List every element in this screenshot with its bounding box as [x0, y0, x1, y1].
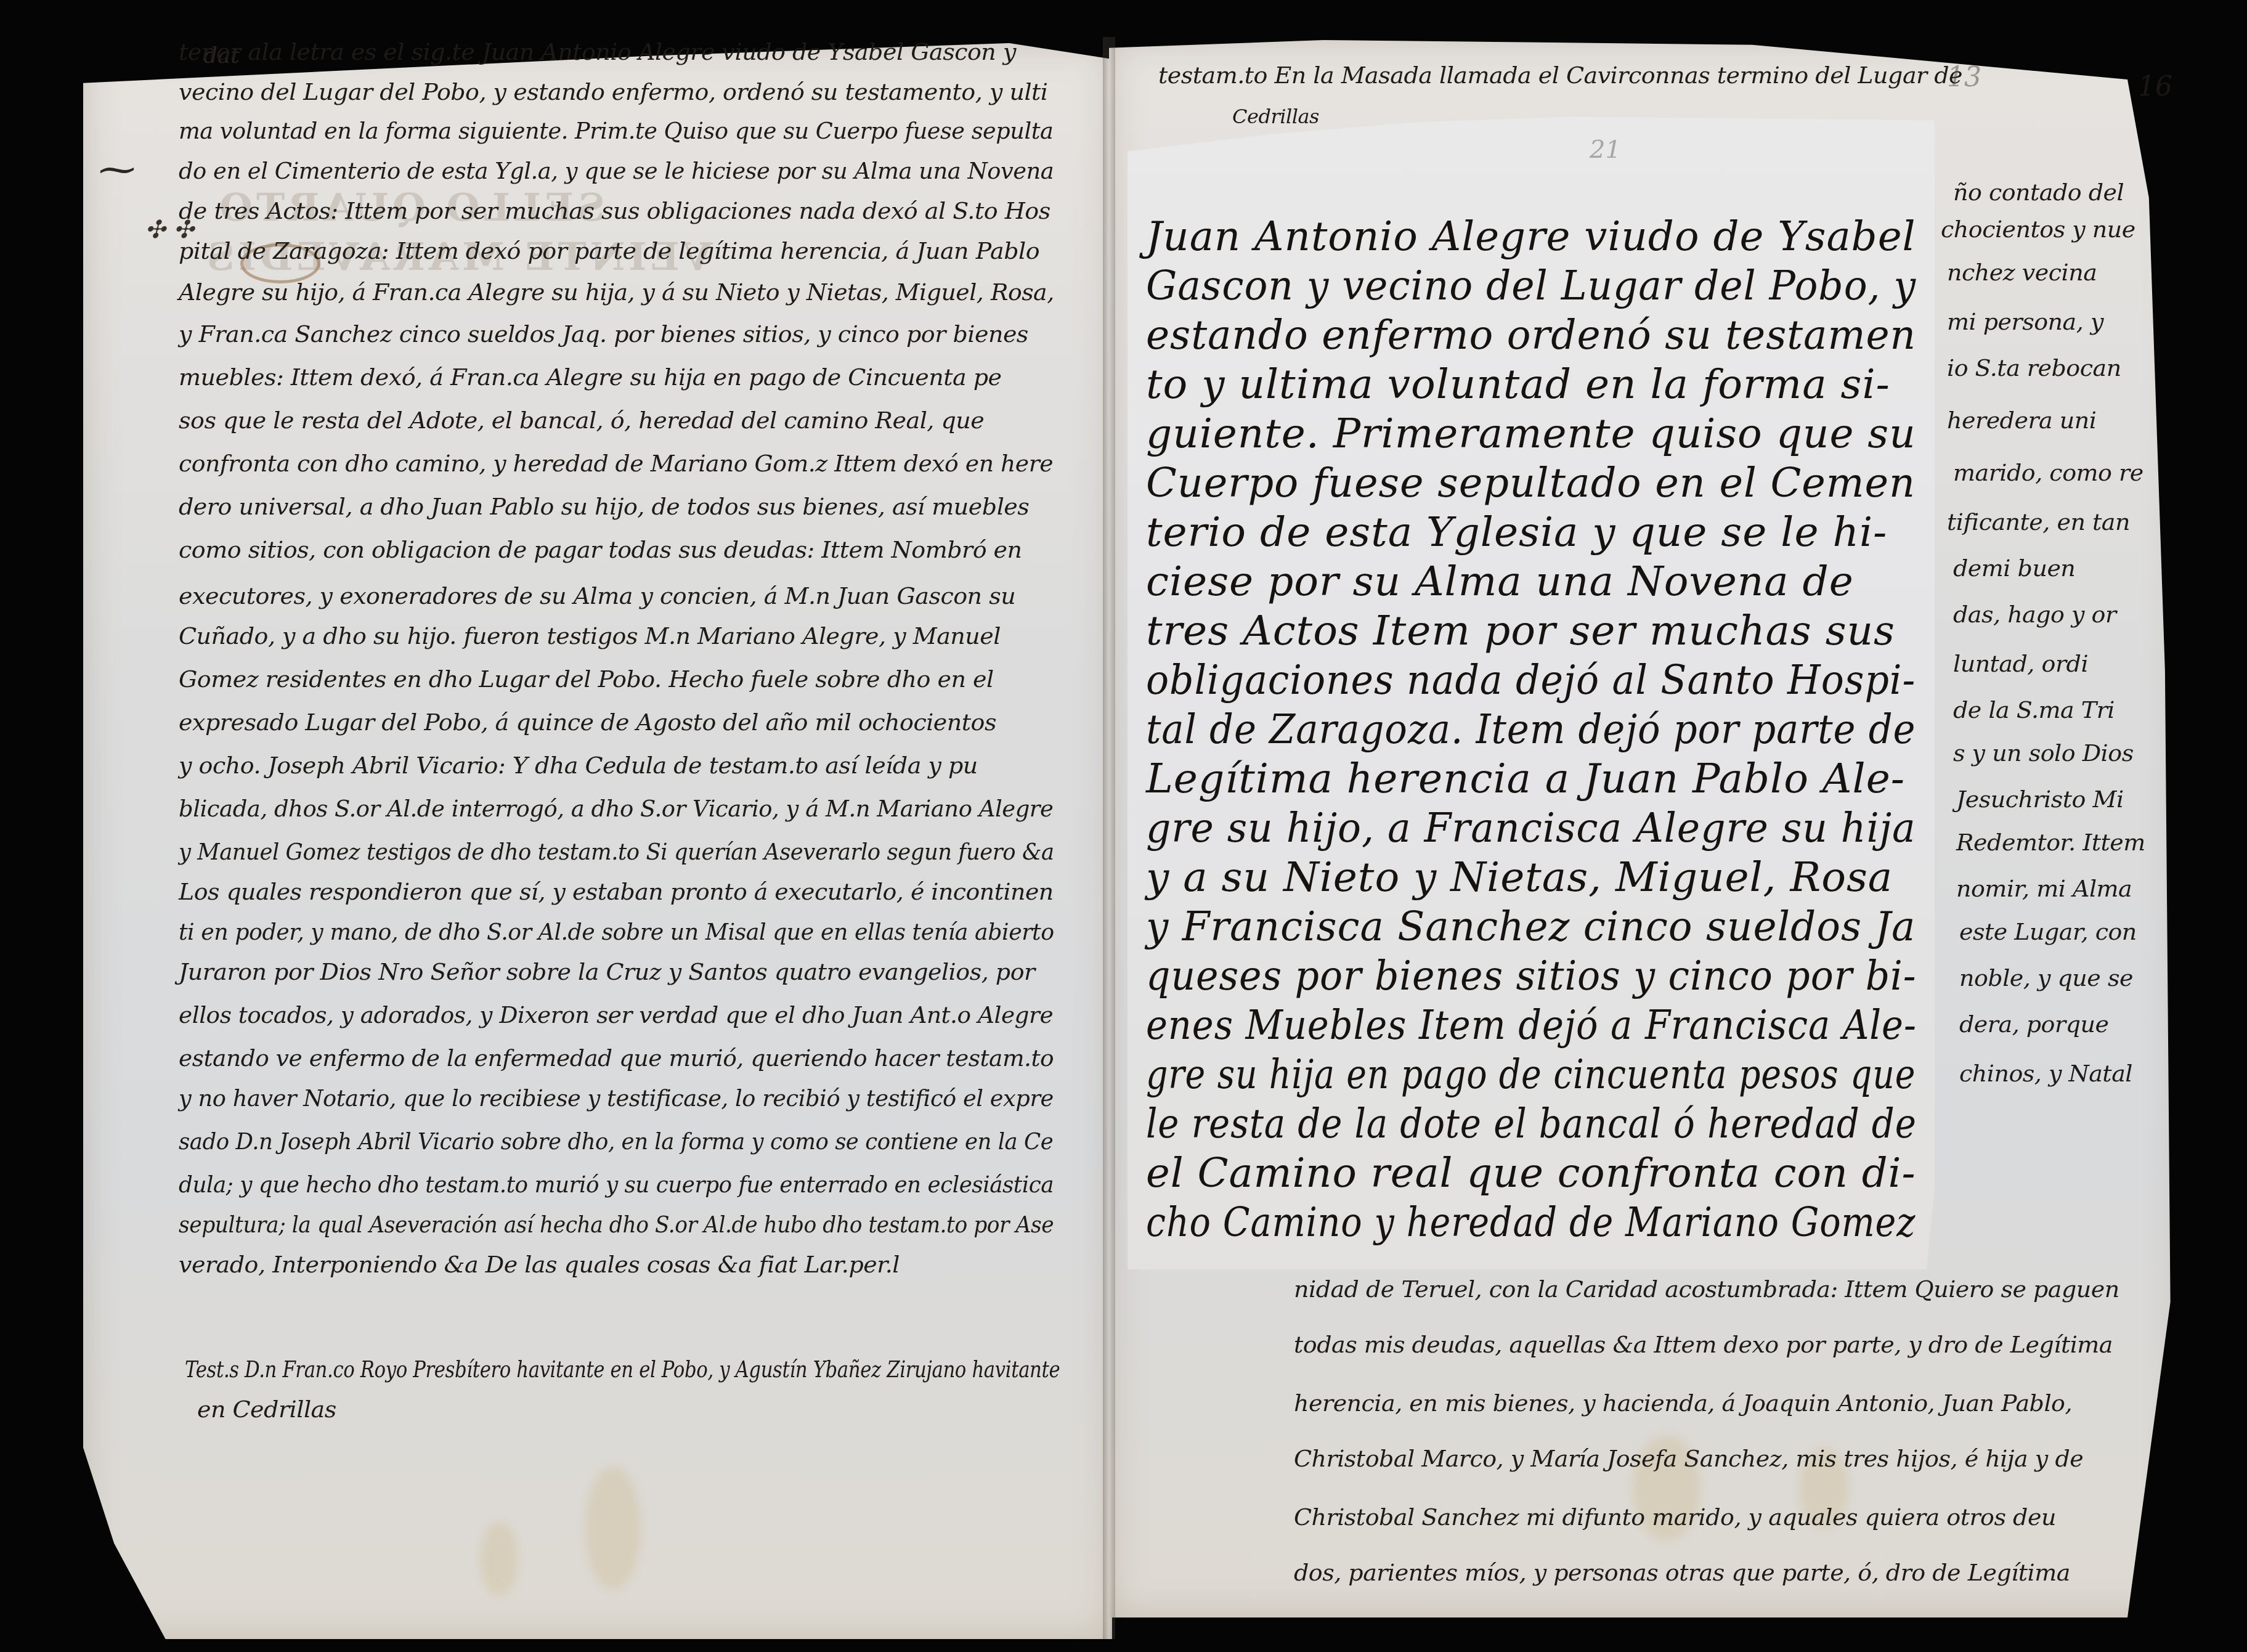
text-fragment: marido, como re	[1953, 459, 2143, 486]
text-line: do en el Cimenterio de esta Ygl.a, y que…	[179, 157, 1054, 184]
slip-line: gre su hijo, a Francisca Alegre su hija	[1146, 804, 1916, 852]
text-fragment: chocientos y nue	[1941, 216, 2135, 243]
text-fragment: noble, y que se	[1959, 964, 2133, 991]
text-line: ti en poder, y mano, de dho S.or Al.de s…	[179, 918, 1054, 945]
text-line: expresado Lugar del Pobo, á quince de Ag…	[179, 709, 996, 736]
text-line: muebles: Ittem dexó, á Fran.ca Alegre su…	[179, 364, 1002, 391]
text-line: y ocho. Joseph Abril Vicario: Y dha Cedu…	[179, 752, 978, 779]
text-line: verado, Interponiendo &a De las quales c…	[179, 1251, 900, 1278]
text-line: pital de Zaragoza: Ittem dexó por parte …	[179, 237, 1039, 264]
text-line underline: dos, parientes míos, y personas otras qu…	[1294, 1559, 2070, 1586]
text-fragment: s y un solo Dios	[1953, 739, 2134, 767]
text-line: y Fran.ca Sanchez cinco sueldos Jaq. por…	[179, 320, 1028, 348]
text-line: Christobal Marco, y María Josefa Sanchez…	[1294, 1445, 2083, 1472]
water-stain	[585, 1467, 641, 1590]
text-line: Alegre su hijo, á Fran.ca Alegre su hija…	[179, 279, 1054, 306]
slip-faint-number: 21	[1590, 136, 1621, 164]
text-line: tenor ala letra es el sig.te Juan Antoni…	[179, 38, 1016, 65]
slip-line: obligaciones nada dejó al Santo Hospi-	[1146, 656, 1916, 704]
text-line: de tres Actos: Ittem por ser muchas sus …	[179, 197, 1050, 224]
slip-line: el Camino real que confronta con di-	[1146, 1149, 1916, 1197]
text-line: todas mis deudas, aquellas &a Ittem dexo…	[1294, 1331, 2113, 1358]
text-fragment: demi buen	[1953, 555, 2075, 582]
text-line: herencia, en mis bienes, y hacienda, á J…	[1294, 1390, 2072, 1417]
text-line: sepultura; la qual Aseveración así hecha…	[179, 1211, 1054, 1238]
book-gutter	[1103, 37, 1115, 1639]
slip-line: tres Actos Item por ser muchas sus	[1146, 607, 1895, 654]
folio-number: 16	[2138, 71, 2172, 102]
text-line: y Manuel Gomez testigos de dho testam.to…	[179, 838, 1054, 865]
text-fragment: luntad, ordi	[1953, 650, 2088, 677]
text-line: Cuñado, y a dho su hijo. fueron testigos…	[179, 622, 1001, 649]
text-line: dula; y que hecho dho testam.to murió y …	[179, 1171, 1054, 1198]
text-line: estando ve enfermo de la enfermedad que …	[179, 1044, 1054, 1072]
text-fragment: mi persona, y	[1947, 308, 2103, 335]
slip-line: to y ultima voluntad en la forma si-	[1146, 360, 1890, 408]
slip-line: cho Camino y heredad de Mariano Gomez	[1146, 1198, 1916, 1246]
text-line: ma voluntad en la forma siguiente. Prim.…	[179, 117, 1053, 144]
text-fragment: heredera uni	[1947, 407, 2096, 434]
text-fragment: das, hago y or	[1953, 601, 2116, 628]
slip-line: Gascon y vecino del Lugar del Pobo, y	[1146, 262, 1916, 309]
slip-line: Cuerpo fuese sepultado en el Cemen	[1146, 459, 1916, 507]
text-line: testam.to En la Masada llamada el Cavirc…	[1158, 62, 1962, 89]
text-line: dero universal, a dho Juan Pablo su hijo…	[179, 493, 1029, 520]
text-line: sado D.n Joseph Abril Vicario sobre dho,…	[179, 1128, 1053, 1155]
water-stain	[481, 1522, 518, 1596]
slip-line: y Francisca Sanchez cinco sueldos Ja	[1146, 903, 1916, 950]
witness-line: Test.s D.n Fran.co Royo Presbítero havit…	[185, 1356, 1060, 1383]
slip-line: y a su Nieto y Nietas, Miguel, Rosa	[1146, 853, 1893, 901]
text-fragment: Jesuchristo Mi	[1956, 786, 2124, 813]
text-line: confronta con dho camino, y heredad de M…	[179, 450, 1053, 477]
text-line: sos que le resta del Adote, el bancal, ó…	[179, 407, 984, 434]
text-line: nidad de Teruel, con la Caridad acostumb…	[1294, 1276, 2119, 1303]
slip-line: gre su hija en pago de cincuenta pesos q…	[1146, 1051, 1916, 1098]
slip-line: queses por bienes sitios y cinco por bi-	[1146, 952, 1916, 999]
slip-line: Juan Antonio Alegre viudo de Ysabel	[1146, 213, 1916, 260]
text-fragment: nchez vecina	[1947, 259, 2097, 286]
slip-line: guiente. Primeramente quiso que su	[1146, 410, 1916, 457]
text-fragment: de la S.ma Tri	[1953, 696, 2115, 723]
text-fragment: Redemtor. Ittem	[1956, 829, 2145, 856]
text-fragment: chinos, y Natal	[1959, 1060, 2132, 1087]
text-line: y no haver Notario, que lo recibiese y t…	[179, 1084, 1054, 1112]
text-line: como sitios, con obligacion de pagar tod…	[179, 536, 1022, 563]
slip-line: estando enfermo ordenó su testamen	[1146, 311, 1916, 359]
text-fragment: dera, porque	[1959, 1011, 2108, 1038]
slip-line: tal de Zaragoza. Item dejó por parte de	[1146, 706, 1916, 753]
text-line: Christobal Sanchez mi difunto marido, y …	[1294, 1503, 2056, 1531]
text-line: vecino del Lugar del Pobo, y estando enf…	[179, 78, 1048, 105]
text-line: Gomez residentes en dho Lugar del Pobo. …	[179, 665, 994, 693]
text-line: Juraron por Dios Nro Señor sobre la Cruz…	[179, 958, 1035, 985]
text-fragment: nomir, mi Alma	[1956, 875, 2132, 902]
text-fragment: io S.ta rebocan	[1947, 354, 2121, 381]
slip-line: le resta de la dote el bancal ó heredad …	[1146, 1100, 1917, 1147]
faint-number-mark: 13	[1947, 62, 1981, 93]
text-line: executores, y exoneradores de su Alma y …	[179, 582, 1015, 609]
slip-line: terio de esta Yglesia y que se le hi-	[1146, 508, 1887, 556]
text-line: Los quales respondieron que sí, y estaba…	[179, 878, 1054, 905]
text-line: ellos tocados, y adorados, y Dixeron ser…	[179, 1001, 1053, 1028]
witness-line: en Cedrillas	[197, 1396, 336, 1423]
text-fragment: ño contado del	[1953, 179, 2124, 206]
slip-line: ciese por su Alma una Novena de	[1146, 558, 1854, 605]
text-fragment: tificante, en tan	[1947, 508, 2130, 535]
text-fragment: este Lugar, con	[1959, 918, 2137, 945]
slip-line: Legítima herencia a Juan Pablo Ale-	[1146, 755, 1905, 802]
slip-line: enes Muebles Item dejó a Francisca Ale-	[1146, 1001, 1917, 1049]
margin-cross-mark: ⁓	[99, 148, 136, 191]
text-line: blicada, dhos S.or Al.de interrogó, a dh…	[179, 795, 1053, 822]
text-line: Cedrillas	[1232, 105, 1319, 128]
